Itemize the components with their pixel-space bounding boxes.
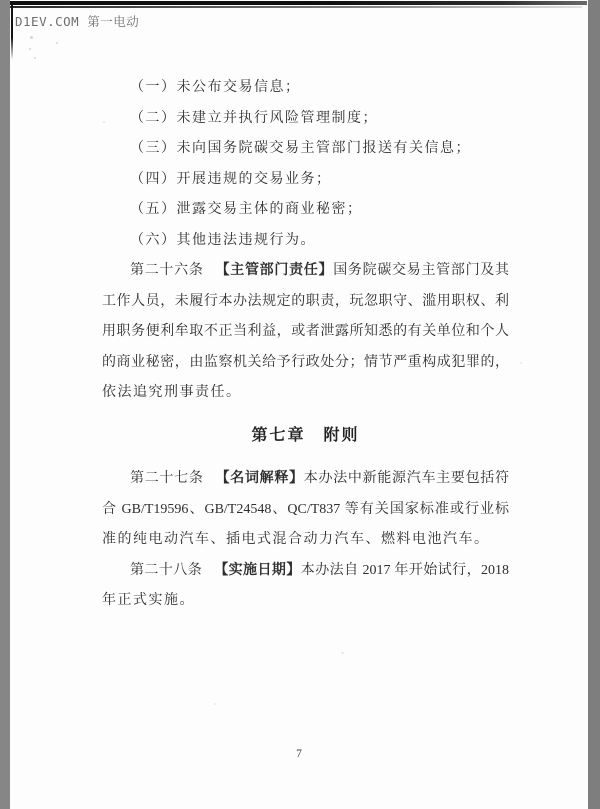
scan-edge-left (0, 0, 10, 809)
article-27-number: 第二十七条 (130, 471, 204, 486)
article-27-line-1: 第二十七条【名词解释】本办法中新能源汽车主要包括符 (102, 464, 509, 495)
article-27-title: 【名词解释】 (216, 471, 304, 486)
scan-speck (56, 42, 58, 44)
article-26-line-4: 的商业秘密，由监察机关给予行政处分；情节严重构成犯罪的， (102, 348, 509, 379)
article-27-line-3: 准的纯电动汽车、插电式混合动力汽车、燃料电池汽车。 (102, 525, 509, 556)
scan-speck (30, 36, 33, 39)
list-item-4: （四）开展违规的交易业务； (102, 165, 509, 196)
article-26-line-5: 依法追究刑事责任。 (102, 378, 509, 409)
article-26-line-2: 工作人员，未履行本办法规定的职责，玩忽职守、滥用职权、利 (102, 287, 509, 318)
article-26-line-3: 用职务便利牟取不正当利益，或者泄露所知悉的有关单位和个人 (102, 317, 509, 348)
article-28-number: 第二十八条 (130, 563, 202, 578)
scan-speck (520, 362, 522, 364)
article-27-text: 本办法中新能源汽车主要包括符 (304, 471, 509, 486)
scan-speck (341, 652, 344, 654)
scanned-document-page: D1EV.COM 第一电动 （一）未公布交易信息； （二）未建立并执行风险管理制… (0, 0, 600, 809)
scan-edge-right (588, 0, 600, 809)
article-26-number: 第二十六条 (130, 263, 204, 278)
list-item-6: （六）其他违法违规行为。 (102, 226, 509, 257)
page-top-rule (10, 1, 587, 5)
list-item-2: （二）未建立并执行风险管理制度； (102, 104, 509, 135)
body-text-block-2: 第二十七条【名词解释】本办法中新能源汽车主要包括符 合 GB/T19596、GB… (102, 464, 509, 617)
body-text-block-1: （一）未公布交易信息； （二）未建立并执行风险管理制度； （三）未向国务院碳交易… (102, 73, 509, 409)
scan-speck (34, 57, 36, 59)
article-26-text: 国务院碳交易主管部门及其 (333, 263, 509, 278)
list-item-5: （五）泄露交易主体的商业秘密； (102, 195, 509, 226)
article-26-title: 【主管部门责任】 (216, 263, 334, 278)
page-number: 7 (10, 748, 588, 760)
page-left-rule (11, 5, 14, 59)
article-28-title: 【实施日期】 (214, 563, 301, 578)
article-28-line-2: 年正式实施。 (102, 586, 509, 617)
article-27-line-2: 合 GB/T19596、GB/T24548、QC/T837 等有关国家标准或行业… (102, 495, 509, 526)
list-item-1: （一）未公布交易信息； (102, 73, 509, 104)
page-top-rule-thin (10, 6, 582, 8)
scan-speck (214, 703, 216, 705)
article-26-line-1: 第二十六条【主管部门责任】国务院碳交易主管部门及其 (102, 256, 509, 287)
article-28-text: 本办法自 2017 年开始试行，2018 (301, 563, 509, 578)
article-28-line-1: 第二十八条【实施日期】本办法自 2017 年开始试行，2018 (102, 556, 509, 587)
scan-speck (29, 48, 31, 50)
list-item-3: （三）未向国务院碳交易主管部门报送有关信息； (102, 134, 509, 165)
watermark: D1EV.COM 第一电动 (15, 12, 139, 30)
chapter-7-heading: 第七章 附则 (102, 421, 509, 451)
